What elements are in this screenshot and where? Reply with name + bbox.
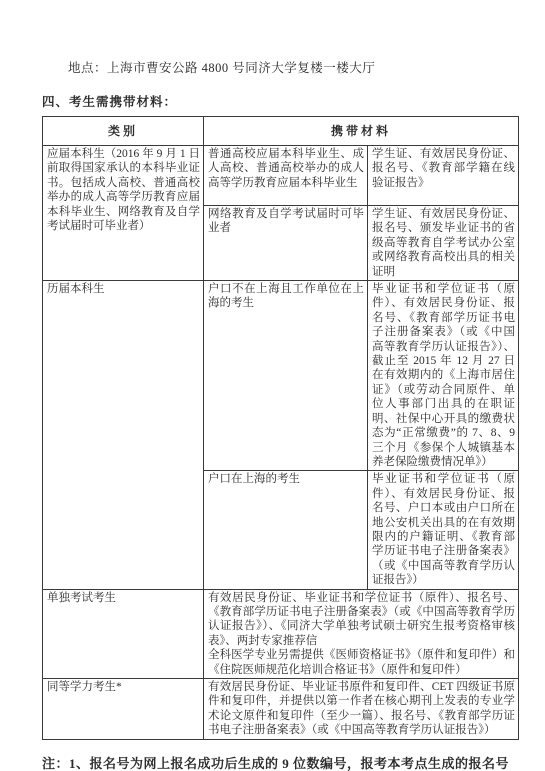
table-header-row: 类别 携带材料 <box>43 117 519 146</box>
materials-table: 类别 携带材料 应届本科生（2016 年 9 月 1 日前取得国家承认的本科毕业… <box>42 116 519 740</box>
subcategory-cell: 户口不在上海且工作单位在上海的考生 <box>204 281 368 471</box>
materials-cell: 毕业证书和学位证书（原件）、有效居民身份证、报名号、户口本或由户口所在地公安机关… <box>368 471 519 589</box>
section-heading-materials: 四、考生需携带材料： <box>42 92 518 110</box>
document-page: 地点：上海市曹安公路 4800 号同济大学复楼一楼大厅 四、考生需携带材料： 类… <box>0 0 545 771</box>
materials-cell: 学生证、有效居民身份证、报名号、《教育部学籍在线验证报告》 <box>368 146 519 206</box>
category-cell-previous-graduates: 历届本科生 <box>43 281 204 590</box>
footnote-registration-number: 注：1、报名号为网上报名成功后生成的 9 位数编号，报考本考点生成的报名号 <box>42 753 518 771</box>
category-cell-separate-exam: 单独考试考生 <box>43 589 204 678</box>
category-cell-fresh-graduates: 应届本科生（2016 年 9 月 1 日前取得国家承认的本科毕业证书。包括成人高… <box>43 146 204 281</box>
table-row: 应届本科生（2016 年 9 月 1 日前取得国家承认的本科毕业证书。包括成人高… <box>43 146 519 206</box>
table-row: 历届本科生 户口不在上海且工作单位在上海的考生 毕业证书和学位证书（原件）、有效… <box>43 281 519 471</box>
category-cell-equivalent-qualification: 同等学力考生* <box>43 679 204 740</box>
materials-paragraph: 有效居民身份证、毕业证书和学位证书（原件）、报名号、《教育部学历证书电子注册备案… <box>208 591 515 649</box>
subcategory-cell: 普通高校应届本科毕业生、成人高校、普通高校举办的成人高等学历教育应届本科毕业生 <box>204 146 368 206</box>
materials-cell: 有效居民身份证、毕业证书和学位证书（原件）、报名号、《教育部学历证书电子注册备案… <box>204 589 519 678</box>
header-category: 类别 <box>43 117 204 146</box>
materials-paragraph: 全科医学专业另需提供《医师资格证书》（原件和复印件）和《住院医师规范化培训合格证… <box>208 648 515 677</box>
materials-cell: 学生证、有效居民身份证、报名号、颁发毕业证书的省级高等教育自学考试办公室或网络教… <box>368 206 519 281</box>
materials-cell: 有效居民身份证、毕业证书原件和复印件、CET 四级证书原件和复印件，并提供以第一… <box>204 679 519 740</box>
location-line: 地点：上海市曹安公路 4800 号同济大学复楼一楼大厅 <box>68 58 518 76</box>
subcategory-cell: 网络教育及自学考试届时可毕业者 <box>204 206 368 281</box>
subcategory-cell: 户口在上海的考生 <box>204 471 368 589</box>
materials-cell: 毕业证书和学位证书（原件）、有效居民身份证、报名号、《教育部学历证书电子注册备案… <box>368 281 519 471</box>
table-row: 单独考试考生 有效居民身份证、毕业证书和学位证书（原件）、报名号、《教育部学历证… <box>43 589 519 678</box>
header-materials: 携带材料 <box>204 117 519 146</box>
table-row: 同等学力考生* 有效居民身份证、毕业证书原件和复印件、CET 四级证书原件和复印… <box>43 679 519 740</box>
